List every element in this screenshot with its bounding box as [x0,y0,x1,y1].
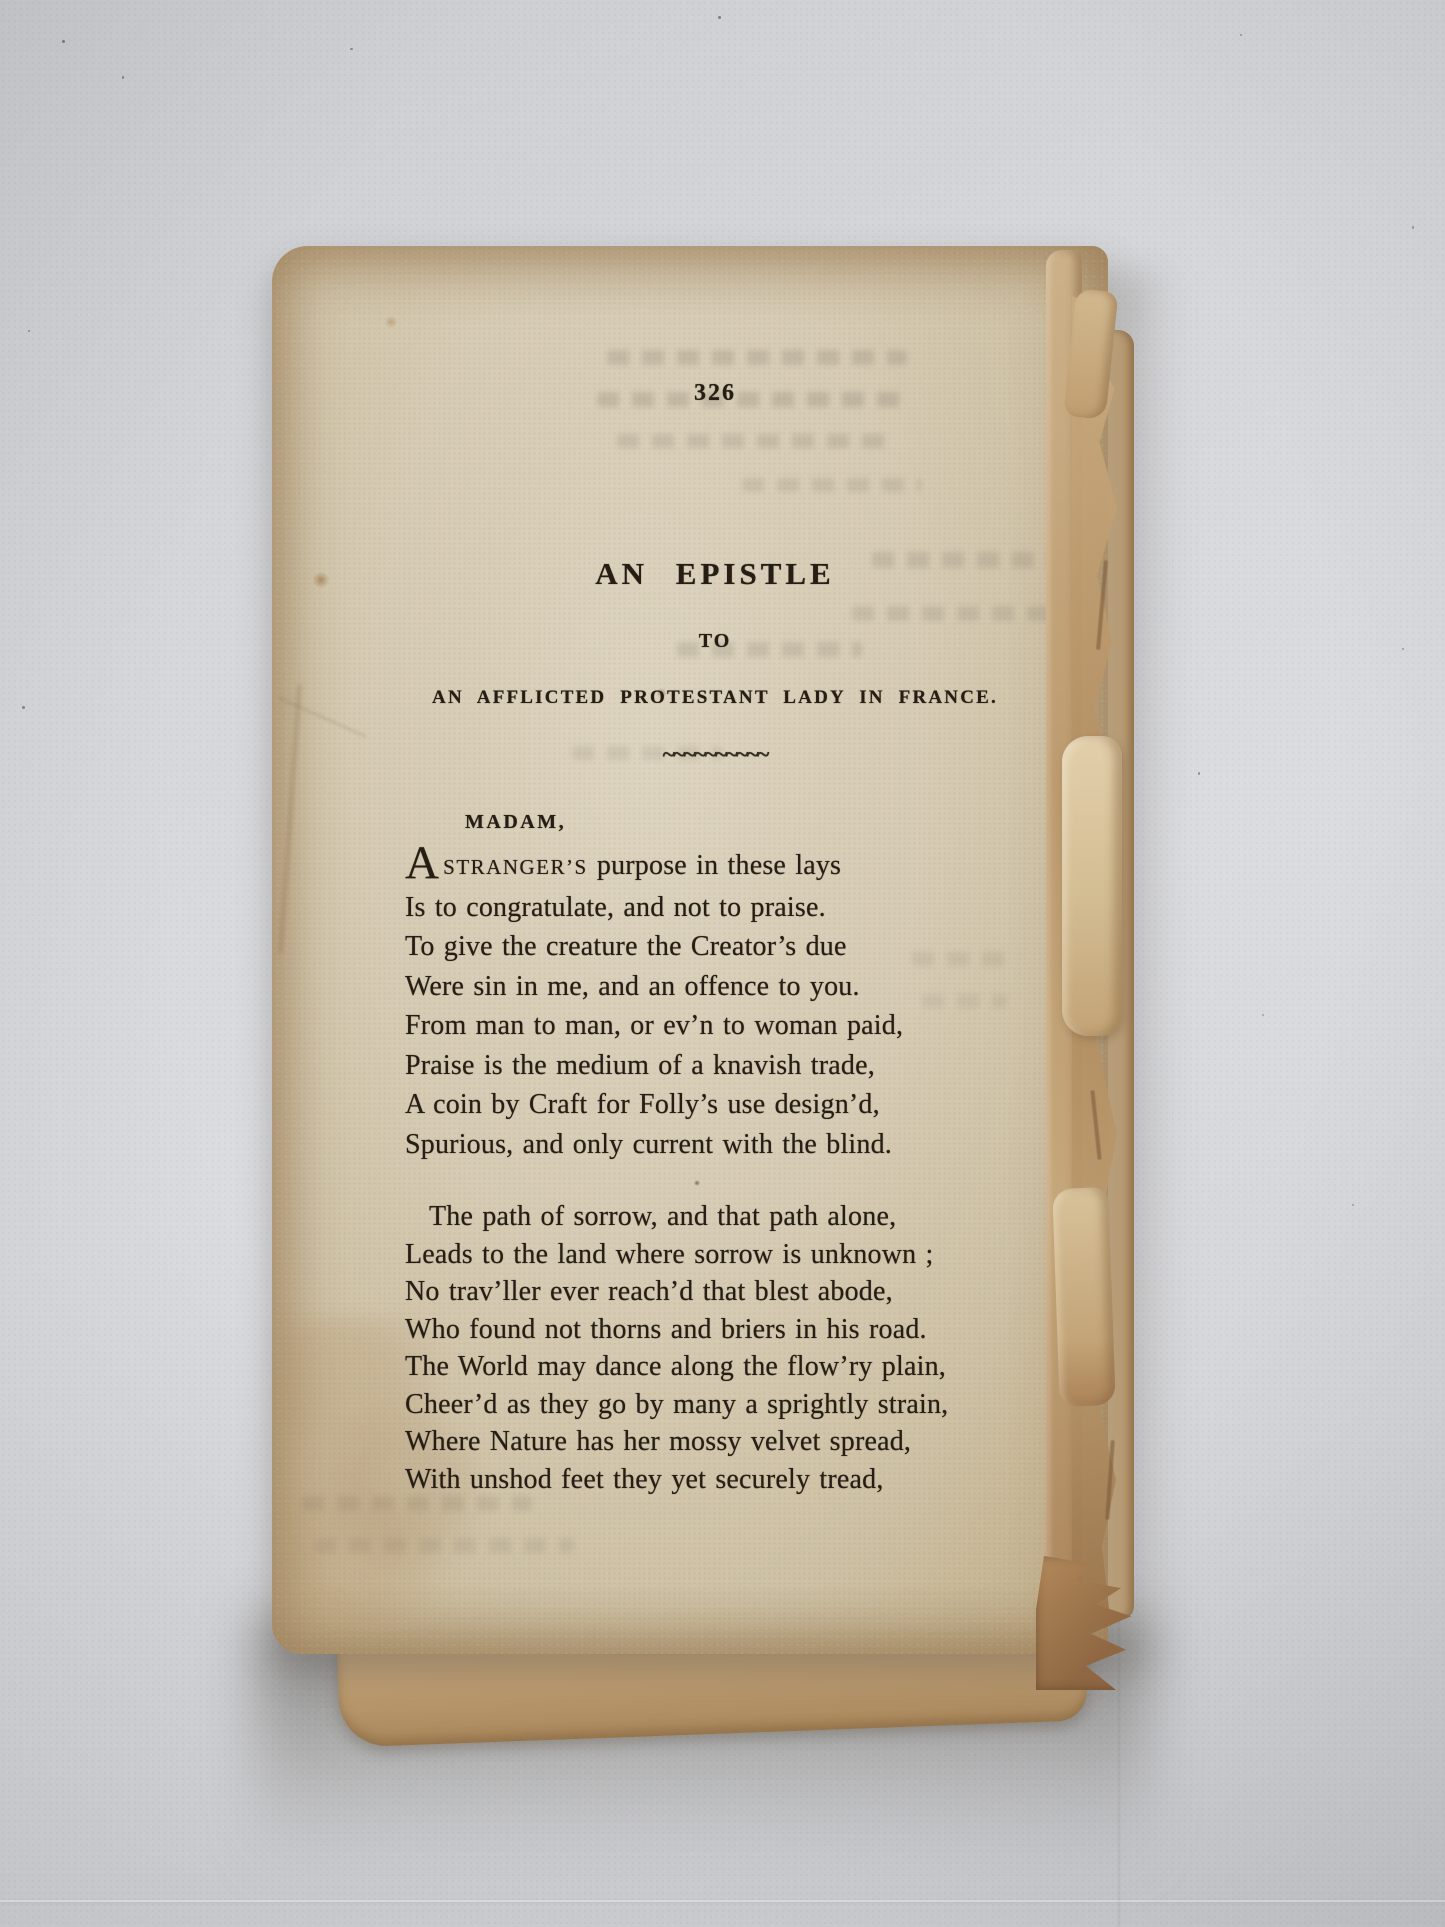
poem-line: The path of sorrow, and that path alone, [405,1198,948,1236]
showthrough-smudge [742,478,922,492]
title-to: TO [699,630,732,653]
smallcaps-word: STRANGER’S [443,855,588,879]
poem-stanza-1: ASTRANGER’S purpose in these lays Is to … [405,846,903,1164]
line-text: purpose in these lays [588,850,841,881]
poem-line: Is to congratulate, and not to praise. [405,888,903,928]
stain [694,1180,700,1186]
backdrop-seam-horizontal [0,1900,1445,1902]
poem-line: To give the creature the Creator’s due [405,927,903,967]
dust-speck [1352,1204,1354,1206]
poem-line: With unshod feet they yet securely tread… [405,1461,948,1499]
stain [312,572,330,588]
poem-stanza-2: The path of sorrow, and that path alone,… [405,1198,948,1498]
poem-line: Praise is the medium of a knavish trade, [405,1046,903,1086]
poem-line: Were sin in me, and an offence to you. [405,967,903,1007]
poem-line: A coin by Craft for Folly’s use design’d… [405,1085,903,1125]
poem-line: No trav’ller ever reach’d that blest abo… [405,1273,948,1311]
poem-line: Leads to the land where sorrow is unknow… [405,1236,948,1274]
page-number: 326 [694,380,736,407]
ornament-divider: ~~~~~~~~~~ [663,742,768,769]
stain [384,316,398,328]
showthrough-smudge [597,392,912,407]
poem-line: Who found not thorns and briers in his r… [405,1311,948,1349]
showthrough-smudge [607,350,907,365]
poem-line: ASTRANGER’S purpose in these lays [405,846,903,888]
dust-speck [62,40,65,43]
torn-paper-tab [1062,736,1122,1036]
book-page: 326 AN EPISTLE TO AN AFFLICTED PROTESTAN… [272,246,1108,1654]
dust-speck [22,706,25,709]
salutation: MADAM, [465,811,566,834]
poem-line: Cheer’d as they go by many a sprightly s… [405,1386,948,1424]
poem-line: Where Nature has her mossy velvet spread… [405,1423,948,1461]
showthrough-smudge [922,994,1007,1008]
dust-speck [28,330,30,332]
torn-paper-tab [1052,1187,1116,1407]
dust-speck [1402,648,1404,650]
dust-speck [350,48,353,50]
showthrough-smudge [852,606,1052,621]
photo-backdrop: 326 AN EPISTLE TO AN AFFLICTED PROTESTAN… [0,0,1445,1927]
poem-line: The World may dance along the flow’ry pl… [405,1348,948,1386]
showthrough-smudge [617,434,897,448]
dust-speck [718,16,721,19]
dust-speck [1262,1014,1264,1016]
dust-speck [1240,34,1242,36]
dust-speck [122,76,124,79]
showthrough-smudge [872,552,1062,568]
showthrough-smudge [912,952,1007,966]
dust-speck [1198,772,1200,775]
poem-title: AN EPISTLE [595,556,834,592]
poem-line: From man to man, or ev’n to woman paid, [405,1006,903,1046]
poem-subtitle: AN AFFLICTED PROTESTANT LADY IN FRANCE. [432,687,998,709]
poem-line: Spurious, and only current with the blin… [405,1125,903,1165]
dropcap-letter: A [405,837,439,889]
dust-speck [1412,226,1414,229]
